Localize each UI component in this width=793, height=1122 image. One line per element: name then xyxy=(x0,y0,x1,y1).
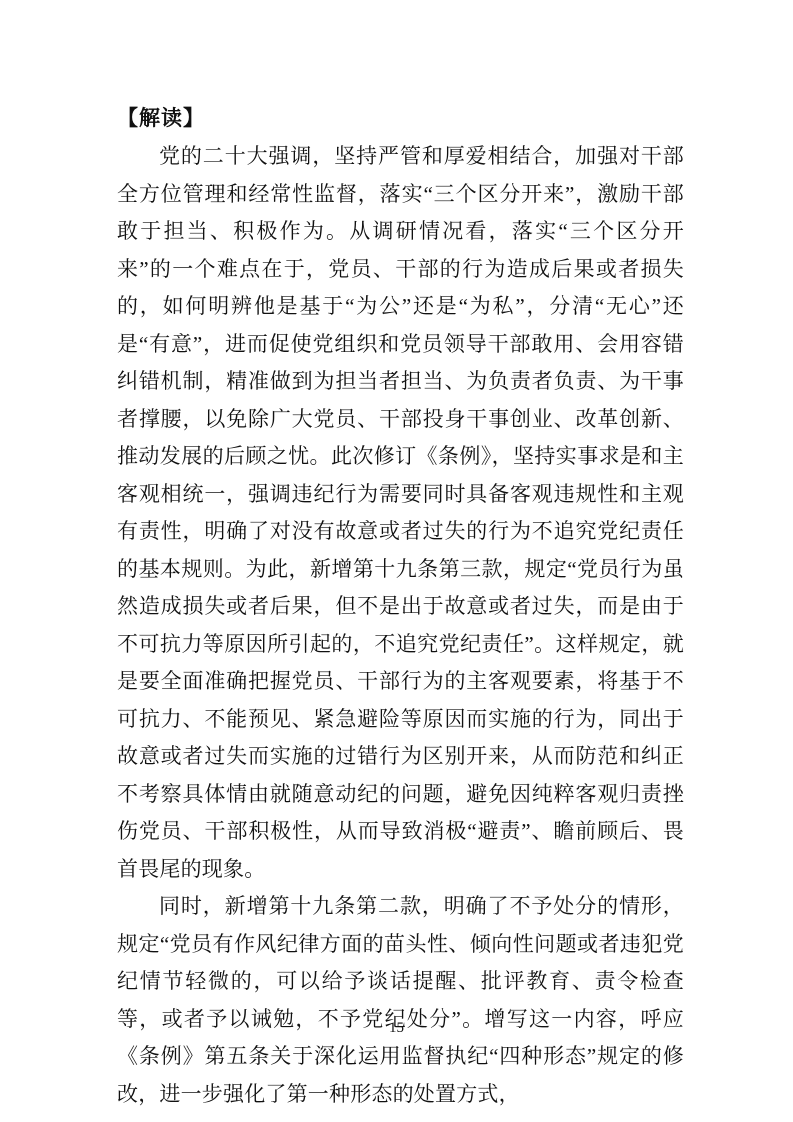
paragraph-1: 党的二十大强调，坚持严管和厚爱相结合，加强对干部全方位管理和经常性监督，落实“三… xyxy=(117,138,684,888)
document-page: 【解读】 党的二十大强调，坚持严管和厚爱相结合，加强对干部全方位管理和经常性监督… xyxy=(0,0,793,1122)
page-number: 15 xyxy=(0,1018,793,1038)
section-heading: 【解读】 xyxy=(117,100,684,138)
page-content: 【解读】 党的二十大强调，坚持严管和厚爱相结合，加强对干部全方位管理和经常性监督… xyxy=(117,100,684,1113)
paragraph-2: 同时，新增第十九条第二款，明确了不予处分的情形，规定“党员有作风纪律方面的苗头性… xyxy=(117,888,684,1113)
